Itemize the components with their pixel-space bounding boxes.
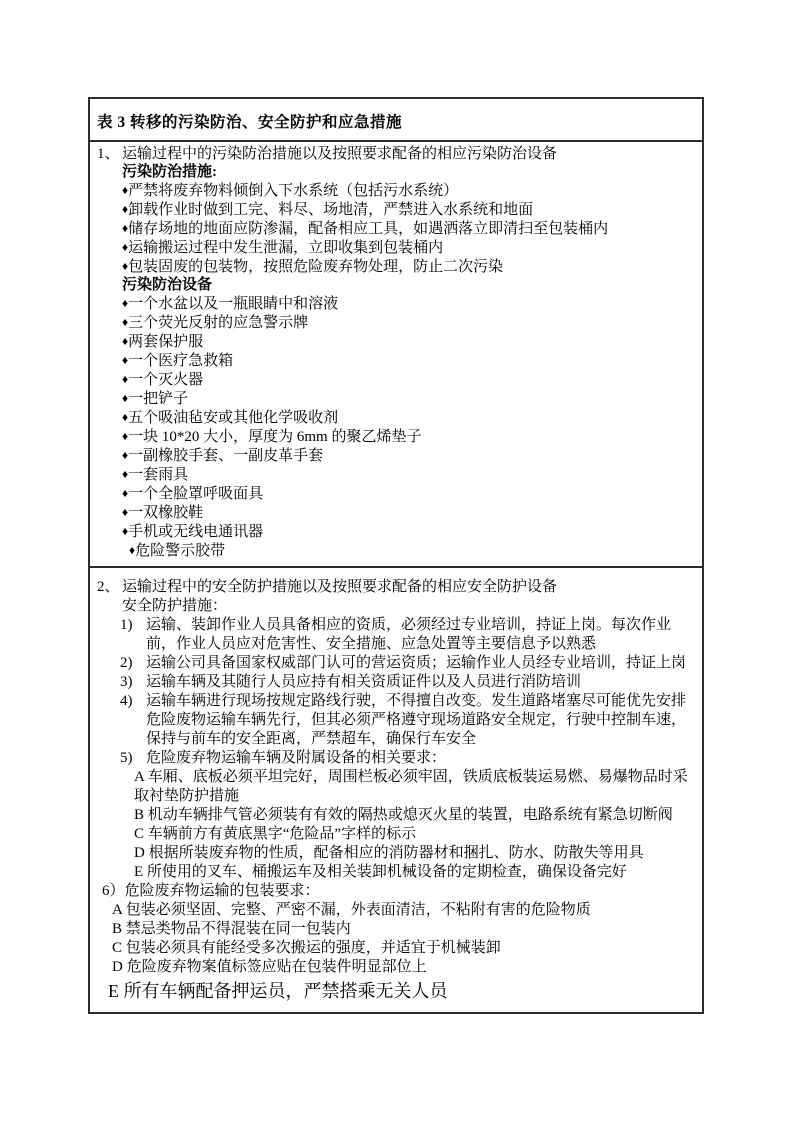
list-item: ♦储存场地的地面应防渗漏，配备相应工具，如遇洒落立即清扫至包装桶内 (122, 219, 696, 238)
section-pollution-prevention: 1、 运输过程中的污染防治措施以及按照要求配备的相应污染防治设备 污染防治措施:… (90, 142, 702, 568)
section1-heading-text: 运输过程中的污染防治措施以及按照要求配备的相应污染防治设备 (122, 145, 696, 163)
numbered-item: 5)危险废弃物运输车辆及附属设备的相关要求： (120, 749, 696, 768)
section2-number: 2、 (97, 578, 122, 597)
numbered-item-text: 运输公司具备国家权威部门认可的营运资质；运输作业人员经专业培训，持证上岗 (146, 654, 696, 673)
section2-heading-text: 运输过程中的安全防护措施以及按照要求配备的相应安全防护设备 (122, 578, 696, 597)
list-item-text: 一副橡胶手套、一副皮革手套 (128, 448, 323, 464)
numbered-item-text: 运输车辆进行现场按规定路线行驶，不得擅自改变。发生道路堵塞尽可能优先安排危险废物… (146, 692, 696, 749)
list-item-text: 一把铲子 (128, 391, 188, 407)
numbered-item-number: 2) (120, 654, 146, 673)
pollution-equipment-title: 污染防治设备 (122, 276, 696, 294)
numbered-item: 2)运输公司具备国家权威部门认可的营运资质；运输作业人员经专业培训，持证上岗 (120, 654, 696, 673)
list-item: ♦危险警示胶带 (129, 541, 696, 560)
list-item: ♦一副橡胶手套、一副皮革手套 (122, 446, 696, 465)
table-title: 表 3 转移的污染防治、安全防护和应急措施 (90, 99, 702, 142)
numbered-item-number: 3) (120, 673, 146, 692)
packaging-requirements-heading: 6）危险废弃物运输的包装要求： (102, 882, 696, 901)
list-item-text: 卸载作业时做到工完、料尽、场地清，严禁进入水系统和地面 (128, 202, 533, 218)
list-item: ♦一双橡胶鞋 (122, 503, 696, 522)
list-item: ♦三个荧光反射的应急警示牌 (122, 313, 696, 332)
list-item-text: 三个荧光反射的应急警示牌 (128, 315, 308, 331)
pollution-equipment-list: ♦一个水盆以及一瓶眼睛中和溶液♦三个荧光反射的应急警示牌♦两套保护服♦一个医疗急… (90, 294, 696, 560)
list-item: ♦两套保护服 (122, 332, 696, 351)
list-item-text: 一个灭火器 (128, 372, 203, 388)
numbered-item-number: 4) (120, 692, 146, 749)
list-item-text: 一双橡胶鞋 (128, 505, 203, 521)
list-item: C 包装必须具有能经受多次搬运的强度，并适宜于机械装卸 (112, 939, 696, 958)
list-item-text: 储存场地的地面应防渗漏，配备相应工具，如遇洒落立即清扫至包装桶内 (128, 221, 608, 237)
numbered-item-text: 危险废弃物运输车辆及附属设备的相关要求： (146, 749, 696, 768)
list-item: D 危险废弃物案值标签应贴在包装件明显部位上 (112, 958, 696, 977)
list-item-text: 五个吸油毡安或其他化学吸收剂 (128, 410, 338, 426)
list-item-text: 一个医疗急救箱 (128, 353, 233, 369)
list-item-text: 一块 10*20 大小，厚度为 6mm 的聚乙烯垫子 (128, 429, 421, 445)
numbered-item: 1)运输、装卸作业人员具备相应的资质，必须经过专业培训，持证上岗。每次作业前，作… (120, 616, 696, 654)
list-item: A 包装必须坚固、完整、严密不漏，外表面清洁，不粘附有害的危险物质 (112, 901, 696, 920)
list-item: A 车厢、底板必须平坦完好，周围栏板必须牢固，铁质底板装运易燃、易爆物品时采取衬… (134, 768, 696, 806)
packaging-requirement-last: E 所有车辆配备押运员，严禁搭乘无关人员 (108, 979, 696, 1004)
list-item-text: 严禁将废弃物料倾倒入下水系统（包括污水系统） (128, 183, 458, 199)
list-item: D 根据所装废弃物的性质，配备相应的消防器材和捆扎、防水、防散失等用具 (134, 844, 696, 863)
section1-number: 1、 (97, 145, 122, 163)
list-item-text: 包装固废的包装物，按照危险废弃物处理，防止二次污染 (128, 259, 503, 275)
list-item: ♦一个医疗急救箱 (122, 351, 696, 370)
safety-numbered-list: 1)运输、装卸作业人员具备相应的资质，必须经过专业培训，持证上岗。每次作业前，作… (90, 616, 696, 768)
packaging-requirements-list: A 包装必须坚固、完整、严密不漏，外表面清洁，不粘附有害的危险物质B 禁忌类物品… (90, 901, 696, 977)
numbered-item: 4)运输车辆进行现场按规定路线行驶，不得擅自改变。发生道路堵塞尽可能优先安排危险… (120, 692, 696, 749)
list-item: ♦一套雨具 (122, 465, 696, 484)
pollution-measures-list: ♦严禁将废弃物料倾倒入下水系统（包括污水系统）♦卸载作业时做到工完、料尽、场地清… (90, 181, 696, 276)
list-item-text: 危险警示胶带 (135, 543, 225, 559)
measures-table: 表 3 转移的污染防治、安全防护和应急措施 1、 运输过程中的污染防治措施以及按… (88, 97, 704, 1014)
list-item: C 车辆前方有黄底黑字“危险品”字样的标示 (134, 825, 696, 844)
numbered-item: 3)运输车辆及其随行人员应持有相关资质证件以及人员进行消防培训 (120, 673, 696, 692)
list-item: ♦一个灭火器 (122, 370, 696, 389)
list-item: B 禁忌类物品不得混装在同一包装内 (112, 920, 696, 939)
section1-heading: 1、 运输过程中的污染防治措施以及按照要求配备的相应污染防治设备 (90, 145, 696, 163)
numbered-item-number: 1) (120, 616, 146, 654)
list-item: ♦包装固废的包装物，按照危险废弃物处理，防止二次污染 (122, 257, 696, 276)
list-item: ♦一个水盆以及一瓶眼睛中和溶液 (122, 294, 696, 313)
list-item: ♦运输搬运过程中发生泄漏，立即收集到包装桶内 (122, 238, 696, 257)
list-item: ♦手机或无线电通讯器 (122, 522, 696, 541)
pollution-measures-title: 污染防治措施: (122, 163, 696, 181)
list-item-text: 两套保护服 (128, 334, 203, 350)
list-item: ♦一把铲子 (122, 389, 696, 408)
list-item: ♦严禁将废弃物料倾倒入下水系统（包括污水系统） (122, 181, 696, 200)
section-safety-protection: 2、 运输过程中的安全防护措施以及按照要求配备的相应安全防护设备 安全防护措施：… (90, 568, 702, 1012)
list-item: B 机动车辆排气管必须装有有效的隔热或熄灭火星的装置，电路系统有紧急切断阀 (134, 806, 696, 825)
list-item: ♦一块 10*20 大小，厚度为 6mm 的聚乙烯垫子 (122, 427, 696, 446)
list-item-text: 一套雨具 (128, 467, 188, 483)
numbered-item-number: 5) (120, 749, 146, 768)
section2-heading: 2、 运输过程中的安全防护措施以及按照要求配备的相应安全防护设备 (90, 578, 696, 597)
numbered-item-text: 运输车辆及其随行人员应持有相关资质证件以及人员进行消防培训 (146, 673, 696, 692)
list-item-text: 手机或无线电通讯器 (128, 524, 263, 540)
numbered-item-text: 运输、装卸作业人员具备相应的资质，必须经过专业培训，持证上岗。每次作业前，作业人… (146, 616, 696, 654)
list-item-text: 一个全脸罩呼吸面具 (128, 486, 263, 502)
list-item: ♦一个全脸罩呼吸面具 (122, 484, 696, 503)
list-item: ♦卸载作业时做到工完、料尽、场地清，严禁进入水系统和地面 (122, 200, 696, 219)
vehicle-requirements-list: A 车厢、底板必须平坦完好，周围栏板必须牢固，铁质底板装运易燃、易爆物品时采取衬… (90, 768, 696, 882)
list-item: E 所使用的叉车、桶搬运车及相关装卸机械设备的定期检查，确保设备完好 (134, 863, 696, 882)
list-item-text: 运输搬运过程中发生泄漏，立即收集到包装桶内 (128, 240, 443, 256)
list-item: ♦五个吸油毡安或其他化学吸收剂 (122, 408, 696, 427)
list-item-text: 一个水盆以及一瓶眼睛中和溶液 (128, 296, 338, 312)
safety-measures-title: 安全防护措施： (122, 597, 696, 616)
